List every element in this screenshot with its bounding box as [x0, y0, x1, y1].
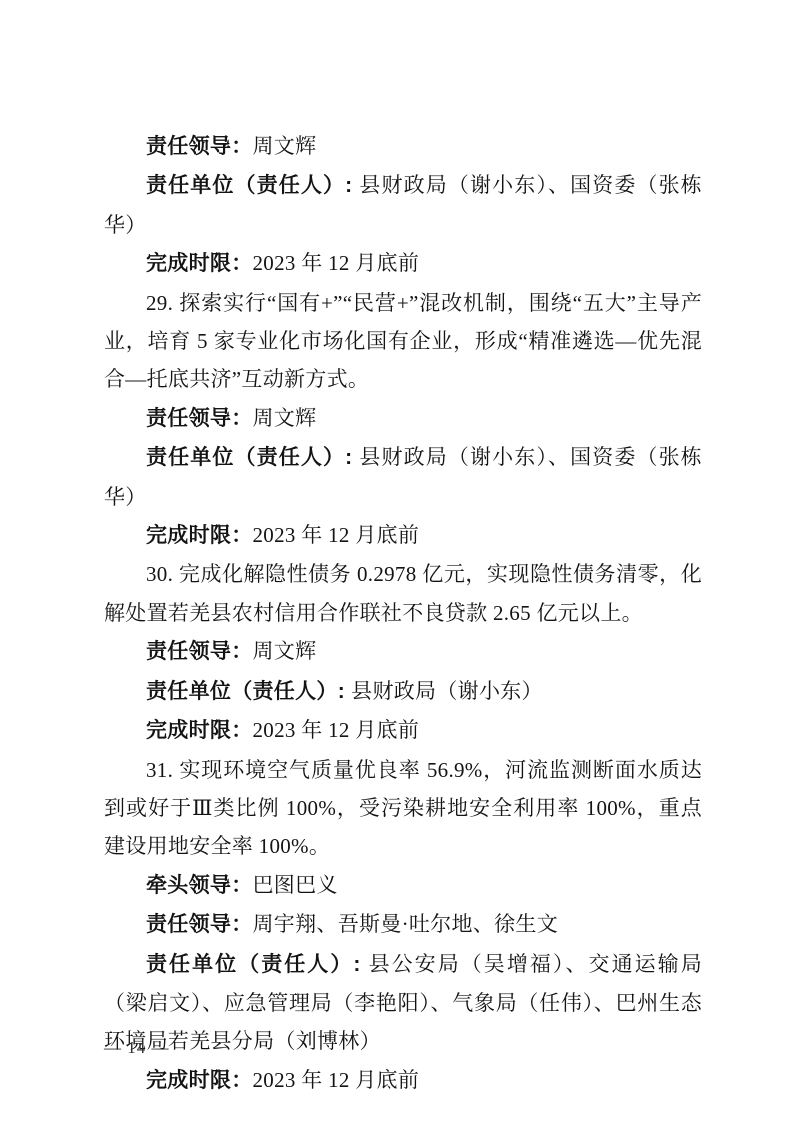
duty-unit-line: 责任单位（责任人）: 县公安局（吴增福）、交通运输局（梁启文）、应急管理局（李艳… [104, 945, 702, 1061]
duty-unit-line: 责任单位（责任人）: 县财政局（谢小东）、国资委（张栋华） [104, 166, 702, 244]
deadline-label: 完成时限： [146, 252, 253, 275]
deadline-line: 完成时限：2023 年 12 月底前 [104, 1061, 702, 1100]
deadline-value: 2023 年 12 月底前 [253, 523, 420, 547]
duty-unit-line: 责任单位（责任人）: 县财政局（谢小东）、国资委（张栋华） [104, 438, 702, 516]
duty-leader-label: 责任领导： [146, 407, 253, 430]
duty-leader-label: 责任领导： [146, 135, 253, 158]
duty-unit-label: 责任单位（责任人）: [146, 953, 369, 976]
deadline-value: 2023 年 12 月底前 [253, 1068, 420, 1092]
duty-unit-line: 责任单位（责任人）: 县财政局（谢小东） [104, 672, 702, 711]
duty-leader-line: 责任领导：周宇翔、吾斯曼·吐尔地、徐生文 [104, 905, 702, 944]
deadline-value: 2023 年 12 月底前 [253, 718, 420, 742]
lead-leader-value: 巴图巴义 [253, 873, 338, 897]
duty-unit-label: 责任单位（责任人）: [146, 446, 359, 469]
duty-unit-value: 县财政局（谢小东） [351, 679, 543, 703]
duty-leader-label: 责任领导： [146, 913, 253, 936]
duty-leader-value: 周宇翔、吾斯曼·吐尔地、徐生文 [253, 912, 559, 936]
deadline-label: 完成时限： [146, 719, 253, 742]
lead-leader-label: 牵头领导： [146, 874, 253, 897]
duty-leader-line: 责任领导：周文辉 [104, 127, 702, 166]
duty-leader-line: 责任领导：周文辉 [104, 632, 702, 671]
page-number: — 14 — [104, 1037, 170, 1059]
task-item-29: 29. 探索实行“国有+”“民营+”混改机制，围绕“五大”主导产业，培育 5 家… [104, 284, 702, 399]
deadline-value: 2023 年 12 月底前 [253, 251, 420, 275]
lead-leader-line: 牵头领导：巴图巴义 [104, 866, 702, 905]
deadline-line: 完成时限：2023 年 12 月底前 [104, 244, 702, 283]
duty-leader-label: 责任领导： [146, 640, 253, 663]
deadline-label: 完成时限： [146, 1069, 253, 1092]
duty-leader-line: 责任领导：周文辉 [104, 399, 702, 438]
deadline-line: 完成时限：2023 年 12 月底前 [104, 516, 702, 555]
task-item-30: 30. 完成化解隐性债务 0.2978 亿元，实现隐性债务清零，化解处置若羌县农… [104, 555, 702, 632]
task-item-31: 31. 实现环境空气质量优良率 56.9%，河流监测断面水质达到或好于Ⅲ类比例 … [104, 751, 702, 866]
document-page: 责任领导：周文辉 责任单位（责任人）: 县财政局（谢小东）、国资委（张栋华） 完… [0, 0, 793, 1122]
deadline-label: 完成时限： [146, 524, 253, 547]
document-body: 责任领导：周文辉 责任单位（责任人）: 县财政局（谢小东）、国资委（张栋华） 完… [104, 127, 702, 1100]
duty-leader-value: 周文辉 [253, 639, 317, 663]
duty-unit-label: 责任单位（责任人）: [146, 174, 359, 197]
duty-leader-value: 周文辉 [253, 406, 317, 430]
deadline-line: 完成时限：2023 年 12 月底前 [104, 711, 702, 750]
duty-leader-value: 周文辉 [253, 134, 317, 158]
duty-unit-label: 责任单位（责任人）: [146, 680, 351, 703]
